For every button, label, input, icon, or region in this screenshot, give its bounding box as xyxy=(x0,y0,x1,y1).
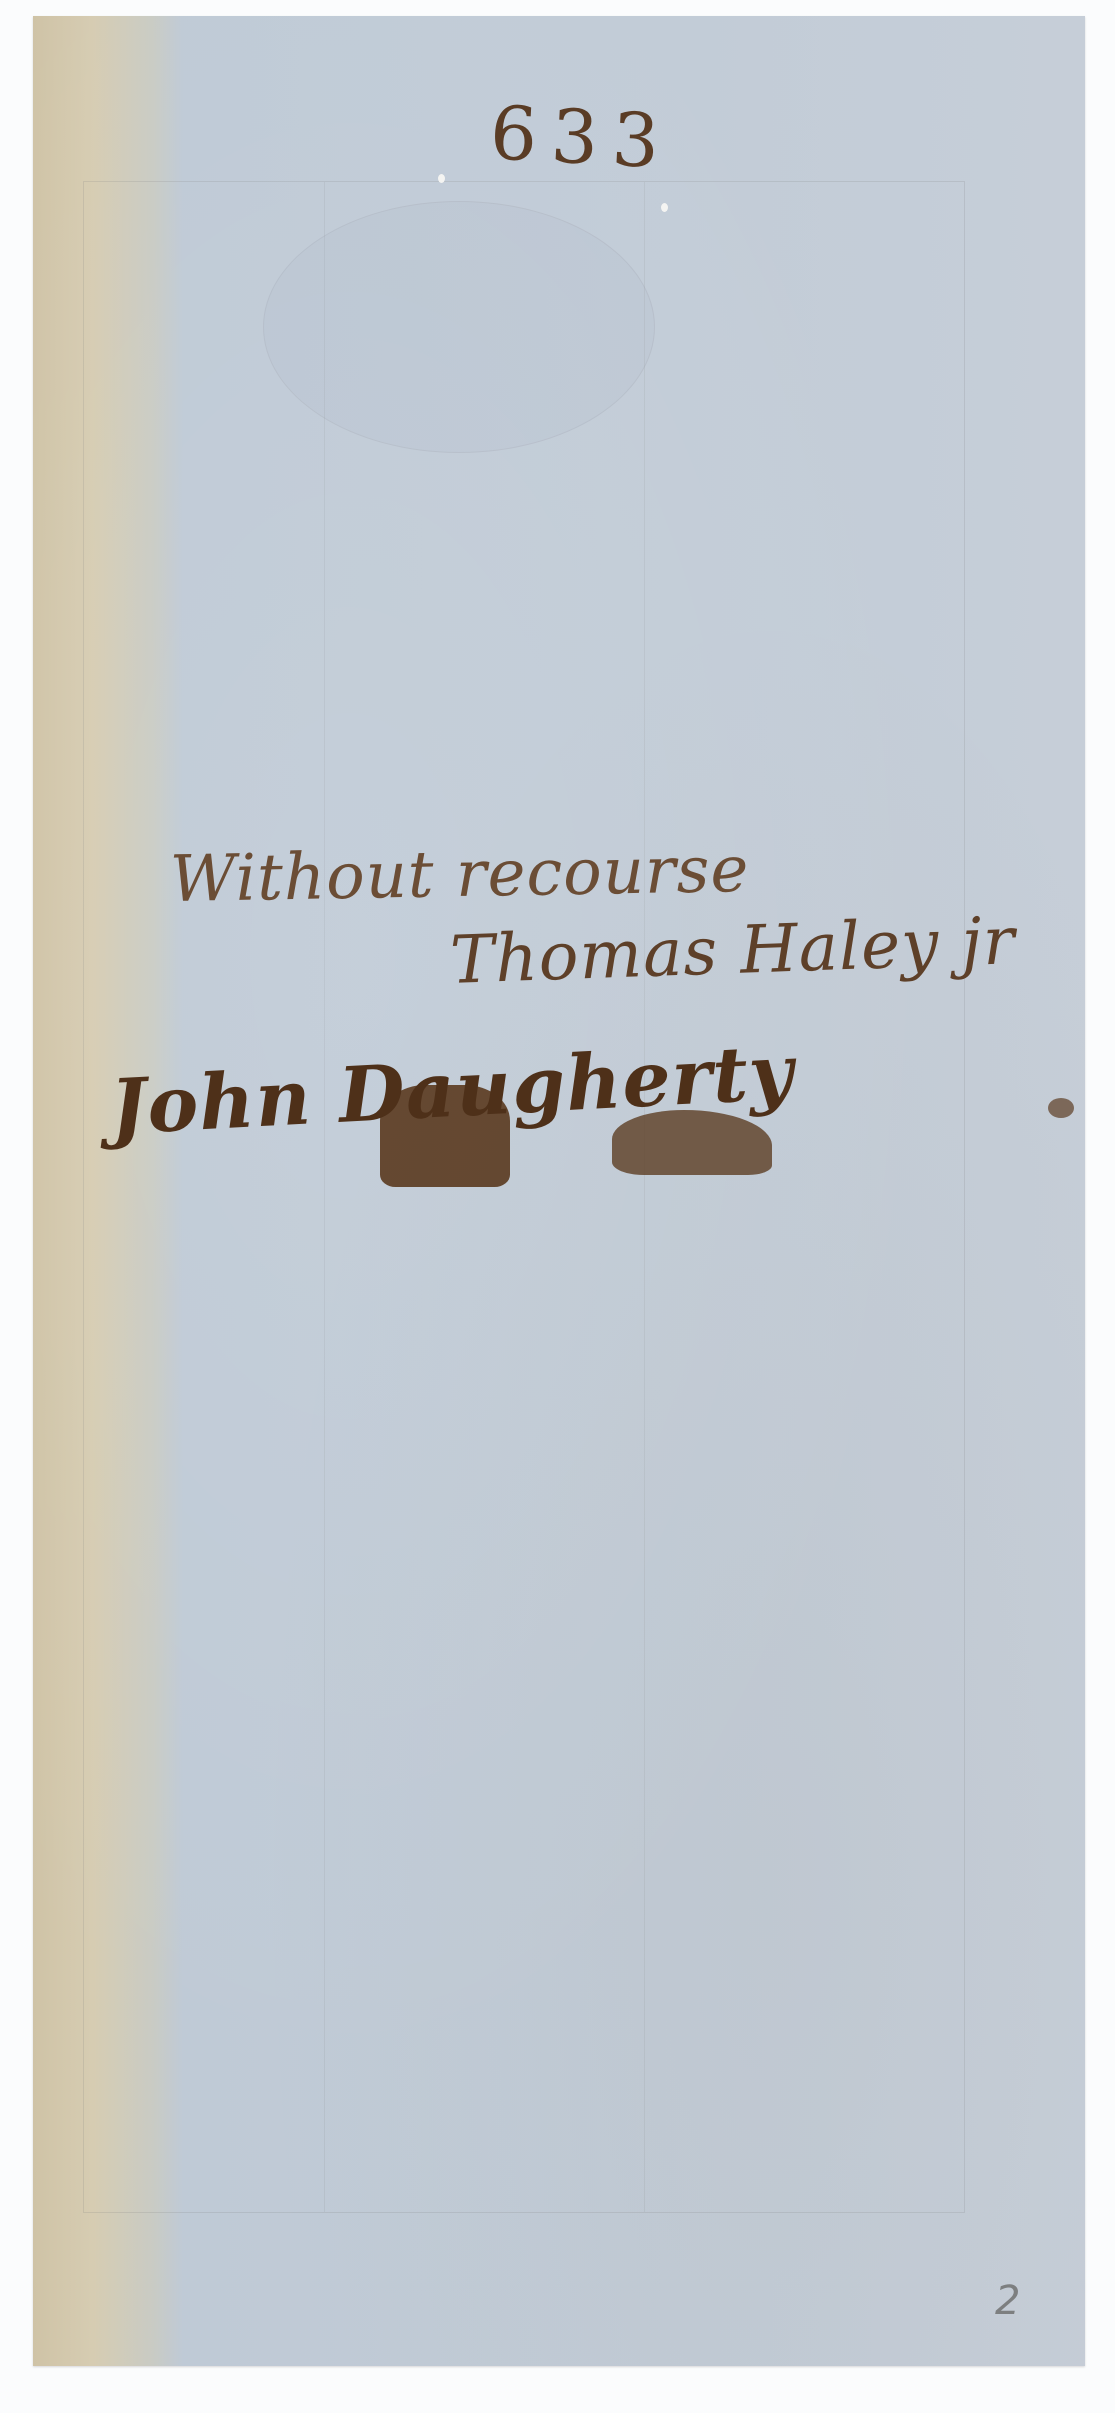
document-paper xyxy=(33,16,1085,2366)
endorsement-line-without-recourse: Without recourse xyxy=(169,833,749,917)
vignette-showthrough xyxy=(263,201,655,453)
document-number: 633 xyxy=(488,90,675,185)
printed-frame-showthrough xyxy=(83,181,965,2213)
pin-hole xyxy=(438,174,445,183)
ink-blot xyxy=(1048,1098,1074,1118)
pin-hole xyxy=(661,203,668,212)
pencil-mark: 2 xyxy=(995,2278,1020,2324)
frame-divider xyxy=(644,182,645,2212)
frame-divider xyxy=(324,182,325,2212)
